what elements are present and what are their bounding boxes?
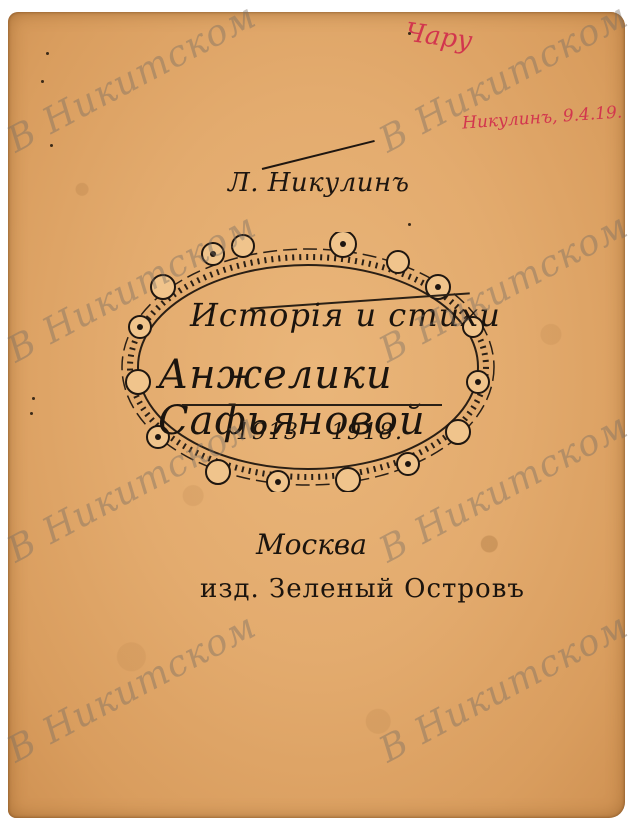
ink-spot [408,223,411,226]
ink-spot [50,144,53,147]
imprint-publisher: изд. Зеленый Островъ [200,574,525,604]
ink-spot [32,397,35,400]
imprint-city: Москва [256,528,367,561]
title-line-1: Исторія и стихи [190,296,501,334]
title-rule-bottom [182,404,442,406]
ink-spot [41,80,44,83]
ink-spot [46,52,49,55]
author-name: Л. Никулинъ [228,168,410,198]
publication-years: 1913 – 1918. [236,420,404,445]
ink-spot [30,412,33,415]
